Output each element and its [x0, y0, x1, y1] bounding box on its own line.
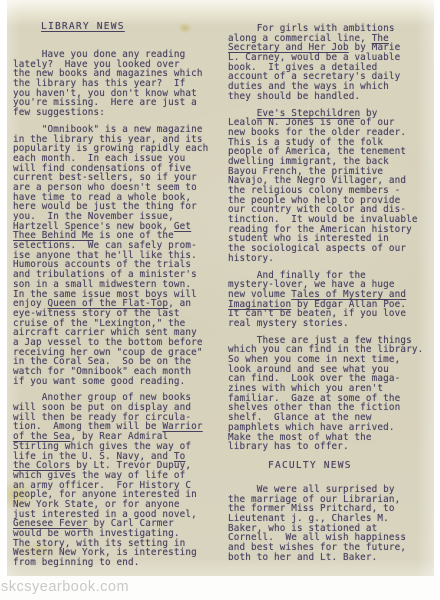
paragraph: And finally for themystery-lover, we hav…: [228, 271, 437, 329]
text-run: from beginning to end.: [13, 557, 139, 568]
text-line: both to her and Lt. Baker.: [228, 553, 437, 563]
text-line: if you want some good reading.: [13, 377, 222, 387]
text-run: both to her and Lt. Baker.: [228, 552, 377, 563]
scanned-yearbook-page: LIBRARY NEWS Have you done any readingla…: [0, 0, 440, 600]
text-run: few suggestions:: [13, 107, 105, 118]
library-news-heading: LIBRARY NEWS: [41, 22, 222, 32]
text-run: real mystery stories.: [228, 318, 349, 329]
paragraph: For girls with ambitionsalong a commerci…: [228, 24, 437, 102]
scanner-strip: skcsyearbook.com: [0, 576, 440, 600]
paragraph: Have you done any readinglately? Have yo…: [13, 50, 222, 118]
text-line: history.: [228, 254, 437, 264]
right-text-column: For girls with ambitionsalong a commerci…: [228, 24, 437, 562]
text-line: they should be handled.: [228, 92, 437, 102]
left-text-column: LIBRARY NEWS Have you done any readingla…: [13, 22, 222, 568]
paragraph: "Omnibook" is a new magazinein the libra…: [13, 125, 222, 387]
text-line: real mystery stories.: [228, 319, 437, 329]
text-line: from beginning to end.: [13, 558, 222, 568]
text-line: few suggestions:: [13, 108, 222, 118]
book-title: Get: [174, 221, 191, 232]
paragraph: We were all surprised bythe marriage of …: [228, 485, 437, 563]
watermark-text: skcsyearbook.com: [1, 579, 129, 595]
text-run: if you want some good reading.: [13, 376, 185, 387]
text-line: library has to offer.: [228, 442, 437, 452]
paragraph: Another group of new bookswill soon be p…: [13, 393, 222, 567]
book-title: Warrior: [162, 421, 202, 432]
text-run: library has to offer.: [228, 441, 349, 452]
text-run: they should be handled.: [228, 91, 360, 102]
paragraph: These are just a few thingswhich you can…: [228, 336, 437, 452]
paragraph: Eve's Stepchildren byLealon N. Jones is …: [228, 109, 437, 264]
faculty-news-heading: FACULTY NEWS: [268, 461, 437, 471]
text-run: history.: [228, 253, 274, 264]
paper-scan: LIBRARY NEWS Have you done any readingla…: [7, 0, 434, 576]
